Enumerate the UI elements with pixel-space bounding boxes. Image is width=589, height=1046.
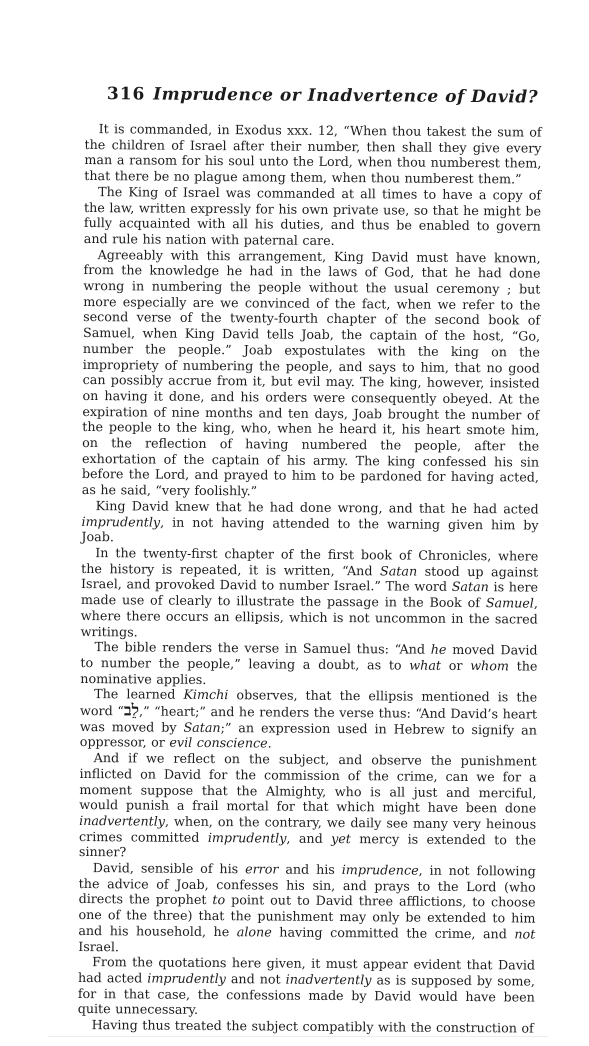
paragraph: The King of Israel was commanded at all …: [84, 184, 541, 250]
text-run: and his: [278, 862, 341, 877]
italic-text: error: [245, 861, 278, 876]
paragraph: And if we reflect on the subject, and ob…: [79, 750, 537, 864]
italic-text: he: [431, 642, 447, 657]
paragraph: King David knew that he had done wrong, …: [81, 498, 538, 549]
text-run: having committed the crime, and: [272, 924, 515, 941]
text-run: , and: [286, 830, 331, 845]
paragraph: Having thus treated the subject compatib…: [78, 1017, 535, 1036]
italic-text: Satan: [380, 563, 417, 578]
italic-text: inadvertently: [286, 972, 372, 988]
italic-text: imprudently: [208, 830, 287, 846]
page-number: 316: [107, 84, 146, 104]
italic-text: imprudently: [147, 970, 226, 986]
italic-text: yet: [331, 831, 351, 846]
italic-text: Satan: [183, 720, 220, 735]
paragraph: From the quotations here given, it must …: [78, 954, 535, 1020]
text-run: Agreeably with this arrangement, King Da…: [82, 247, 541, 499]
text-run: or: [441, 658, 470, 673]
text-run: The King of Israel was commanded at all …: [84, 184, 541, 248]
italic-text: what: [409, 657, 441, 672]
paragraph: Agreeably with this arrangement, King Da…: [82, 247, 541, 502]
italic-text: imprudently: [82, 514, 161, 530]
text-run: .: [268, 736, 272, 751]
running-title: Imprudence or Inadvertence of David?: [145, 84, 542, 107]
paragraph: David, sensible of his error and his imp…: [78, 860, 536, 958]
italic-text: inadvertently: [79, 813, 165, 829]
text-run: The bible renders the verse in Samuel th…: [95, 639, 431, 657]
paragraph: The learned Kimchi observes, that the el…: [80, 686, 537, 753]
italic-text: Kimchi: [183, 687, 228, 702]
text-run: David, sensible of his: [93, 860, 245, 876]
text-run: It is commanded, in Exodus xxx. 12, “Whe…: [84, 121, 541, 186]
body-text: It is commanded, in Exodus xxx. 12, “Whe…: [78, 121, 542, 1036]
italic-text: whom: [470, 658, 509, 673]
text-run: And if we reflect on the subject, and ob…: [79, 750, 536, 816]
book-page: 316 Imprudence or Inadvertence of David?…: [0, 0, 589, 1046]
scan-edge-artifact: [48, 1036, 548, 1037]
page-header: 316 Imprudence or Inadvertence of David?: [85, 84, 542, 108]
italic-text: not: [514, 926, 535, 941]
italic-text: alone: [237, 924, 272, 939]
italic-text: Satan: [452, 579, 489, 594]
paragraph: In the twenty-first chapter of the first…: [81, 545, 539, 643]
italic-text: Samuel: [486, 595, 534, 610]
paragraph: It is commanded, in Exodus xxx. 12, “Whe…: [84, 121, 541, 187]
italic-text: evil conscience: [169, 735, 267, 751]
italic-text: to: [212, 892, 225, 907]
hebrew-word: לֵב: [124, 700, 139, 719]
scanned-text-block: 316 Imprudence or Inadvertence of David?…: [78, 84, 542, 1036]
italic-text: imprudence: [342, 862, 419, 878]
paragraph: The bible renders the verse in Samuel th…: [80, 639, 537, 690]
text-run: Having thus treated the subject compatib…: [92, 1017, 534, 1035]
text-run: and not: [226, 971, 286, 986]
text-run: Israel.: [78, 939, 119, 954]
